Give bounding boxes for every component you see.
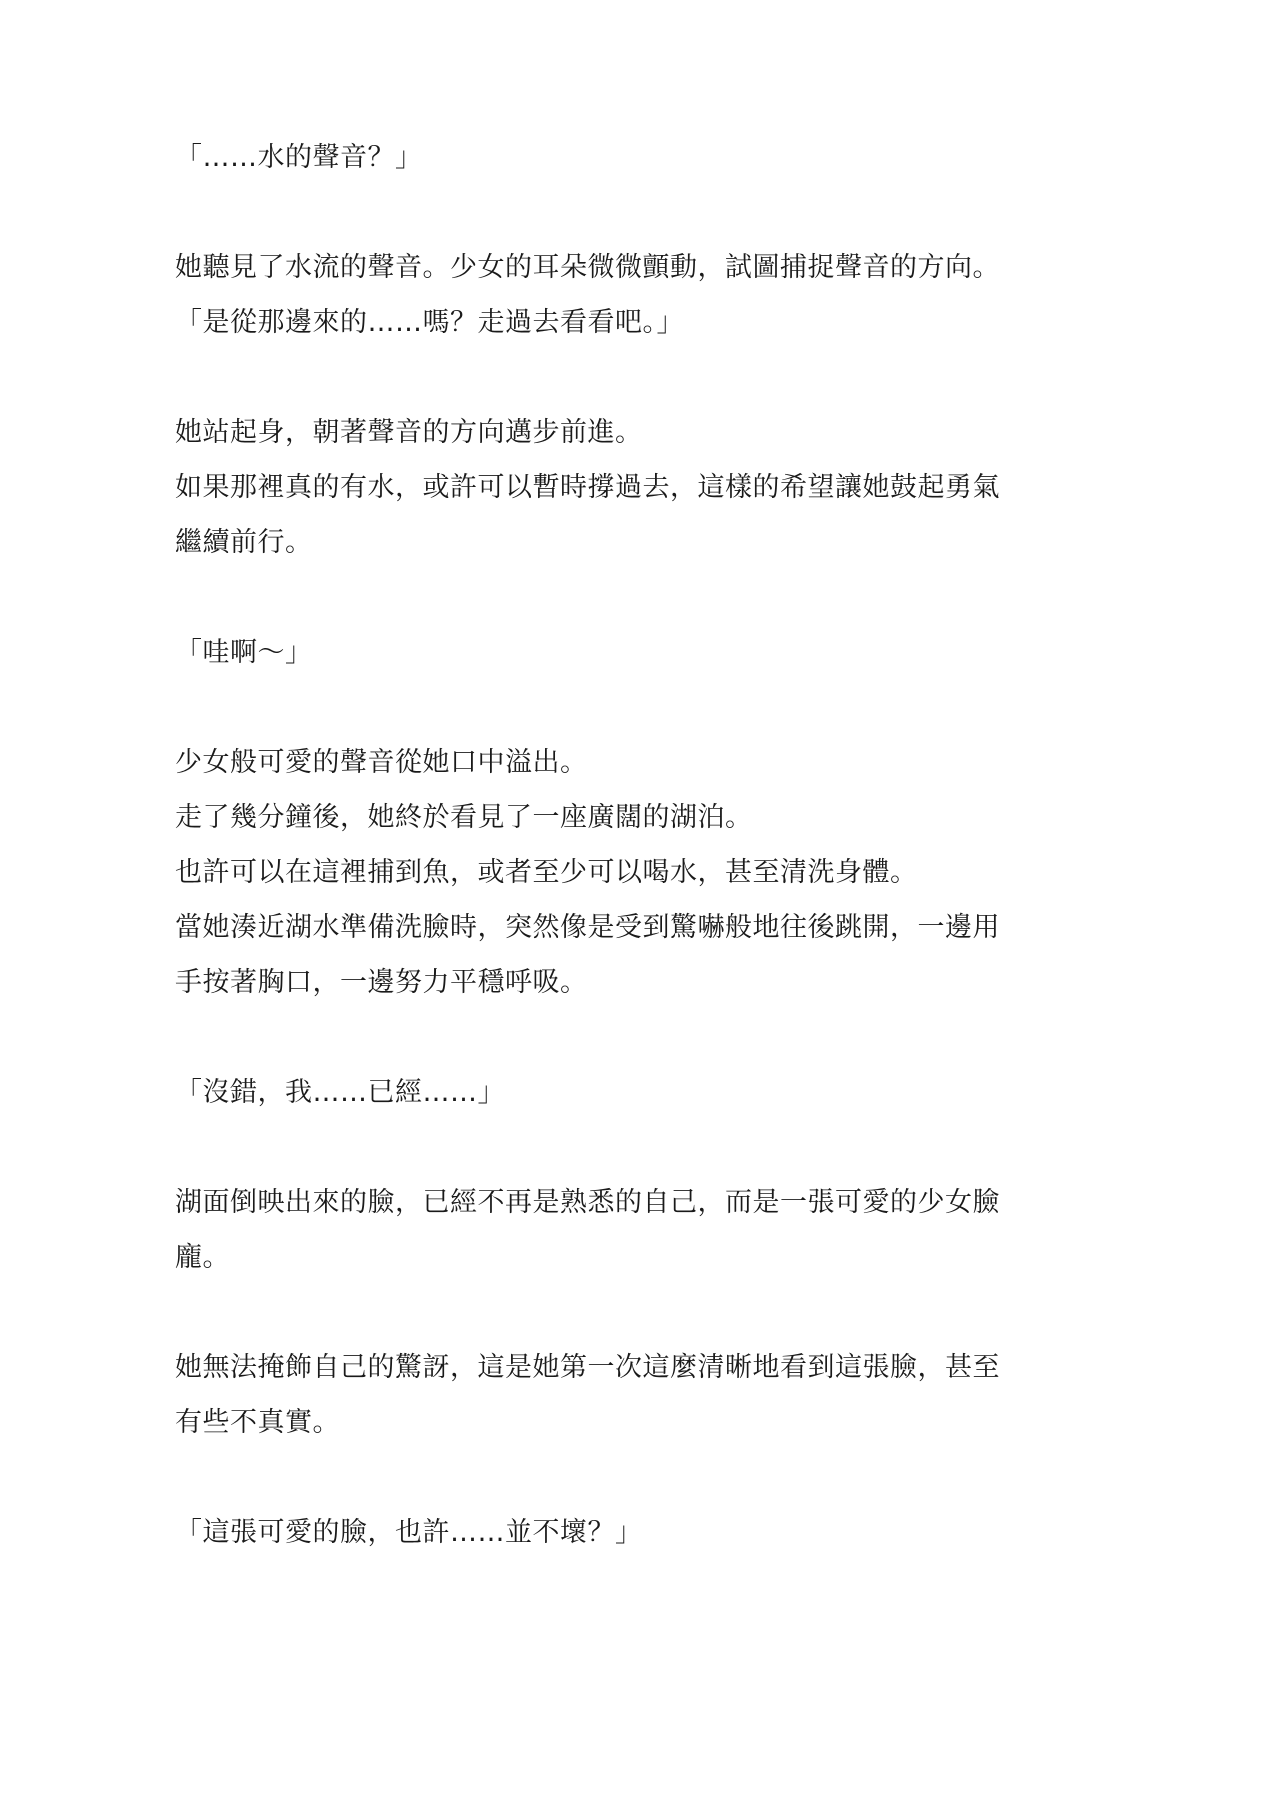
narration-paragraph-1: 她聽見了水流的聲音。少女的耳朵微微顫動，試圖捕捉聲音的方向。 「是從那邊來的………	[175, 240, 1105, 350]
paragraph-gap	[175, 1450, 1105, 1505]
text-line: 她站起身，朝著聲音的方向邁步前進。	[175, 405, 1105, 460]
paragraph-gap	[175, 185, 1105, 240]
text-line: 「哇啊～」	[175, 625, 1105, 680]
text-line: 走了幾分鐘後，她終於看見了一座廣闊的湖泊。	[175, 790, 1105, 845]
text-line: 繼續前行。	[175, 515, 1105, 570]
text-line: 如果那裡真的有水，或許可以暫時撐過去，這樣的希望讓她鼓起勇氣	[175, 460, 1105, 515]
dialogue-paragraph-3: 「沒錯，我……已經……」	[175, 1065, 1105, 1120]
dialogue-paragraph-1: 「……水的聲音？」	[175, 130, 1105, 185]
document-page: 「……水的聲音？」 她聽見了水流的聲音。少女的耳朵微微顫動，試圖捕捉聲音的方向。…	[175, 130, 1105, 1560]
paragraph-gap	[175, 680, 1105, 735]
text-line: 也許可以在這裡捕到魚，或者至少可以喝水，甚至清洗身體。	[175, 845, 1105, 900]
paragraph-gap	[175, 1120, 1105, 1175]
text-line: 「是從那邊來的……嗎？走過去看看吧。」	[175, 295, 1105, 350]
paragraph-gap	[175, 1010, 1105, 1065]
dialogue-paragraph-2: 「哇啊～」	[175, 625, 1105, 680]
dialogue-paragraph-4: 「這張可愛的臉，也許……並不壞？」	[175, 1505, 1105, 1560]
text-line: 「沒錯，我……已經……」	[175, 1065, 1105, 1120]
text-line: 少女般可愛的聲音從她口中溢出。	[175, 735, 1105, 790]
paragraph-gap	[175, 1285, 1105, 1340]
narration-paragraph-3: 少女般可愛的聲音從她口中溢出。 走了幾分鐘後，她終於看見了一座廣闊的湖泊。 也許…	[175, 735, 1105, 1010]
text-line: 她聽見了水流的聲音。少女的耳朵微微顫動，試圖捕捉聲音的方向。	[175, 240, 1105, 295]
text-line: 湖面倒映出來的臉，已經不再是熟悉的自己，而是一張可愛的少女臉	[175, 1175, 1105, 1230]
narration-paragraph-5: 她無法掩飾自己的驚訝，這是她第一次這麼清晰地看到這張臉，甚至 有些不真實。	[175, 1340, 1105, 1450]
text-line: 當她湊近湖水準備洗臉時，突然像是受到驚嚇般地往後跳開，一邊用	[175, 900, 1105, 955]
text-line: 手按著胸口，一邊努力平穩呼吸。	[175, 955, 1105, 1010]
paragraph-gap	[175, 350, 1105, 405]
text-line: 龐。	[175, 1230, 1105, 1285]
text-line: 她無法掩飾自己的驚訝，這是她第一次這麼清晰地看到這張臉，甚至	[175, 1340, 1105, 1395]
paragraph-gap	[175, 570, 1105, 625]
narration-paragraph-4: 湖面倒映出來的臉，已經不再是熟悉的自己，而是一張可愛的少女臉 龐。	[175, 1175, 1105, 1285]
narration-paragraph-2: 她站起身，朝著聲音的方向邁步前進。 如果那裡真的有水，或許可以暫時撐過去，這樣的…	[175, 405, 1105, 570]
text-line: 「……水的聲音？」	[175, 130, 1105, 185]
text-line: 「這張可愛的臉，也許……並不壞？」	[175, 1505, 1105, 1560]
text-line: 有些不真實。	[175, 1395, 1105, 1450]
